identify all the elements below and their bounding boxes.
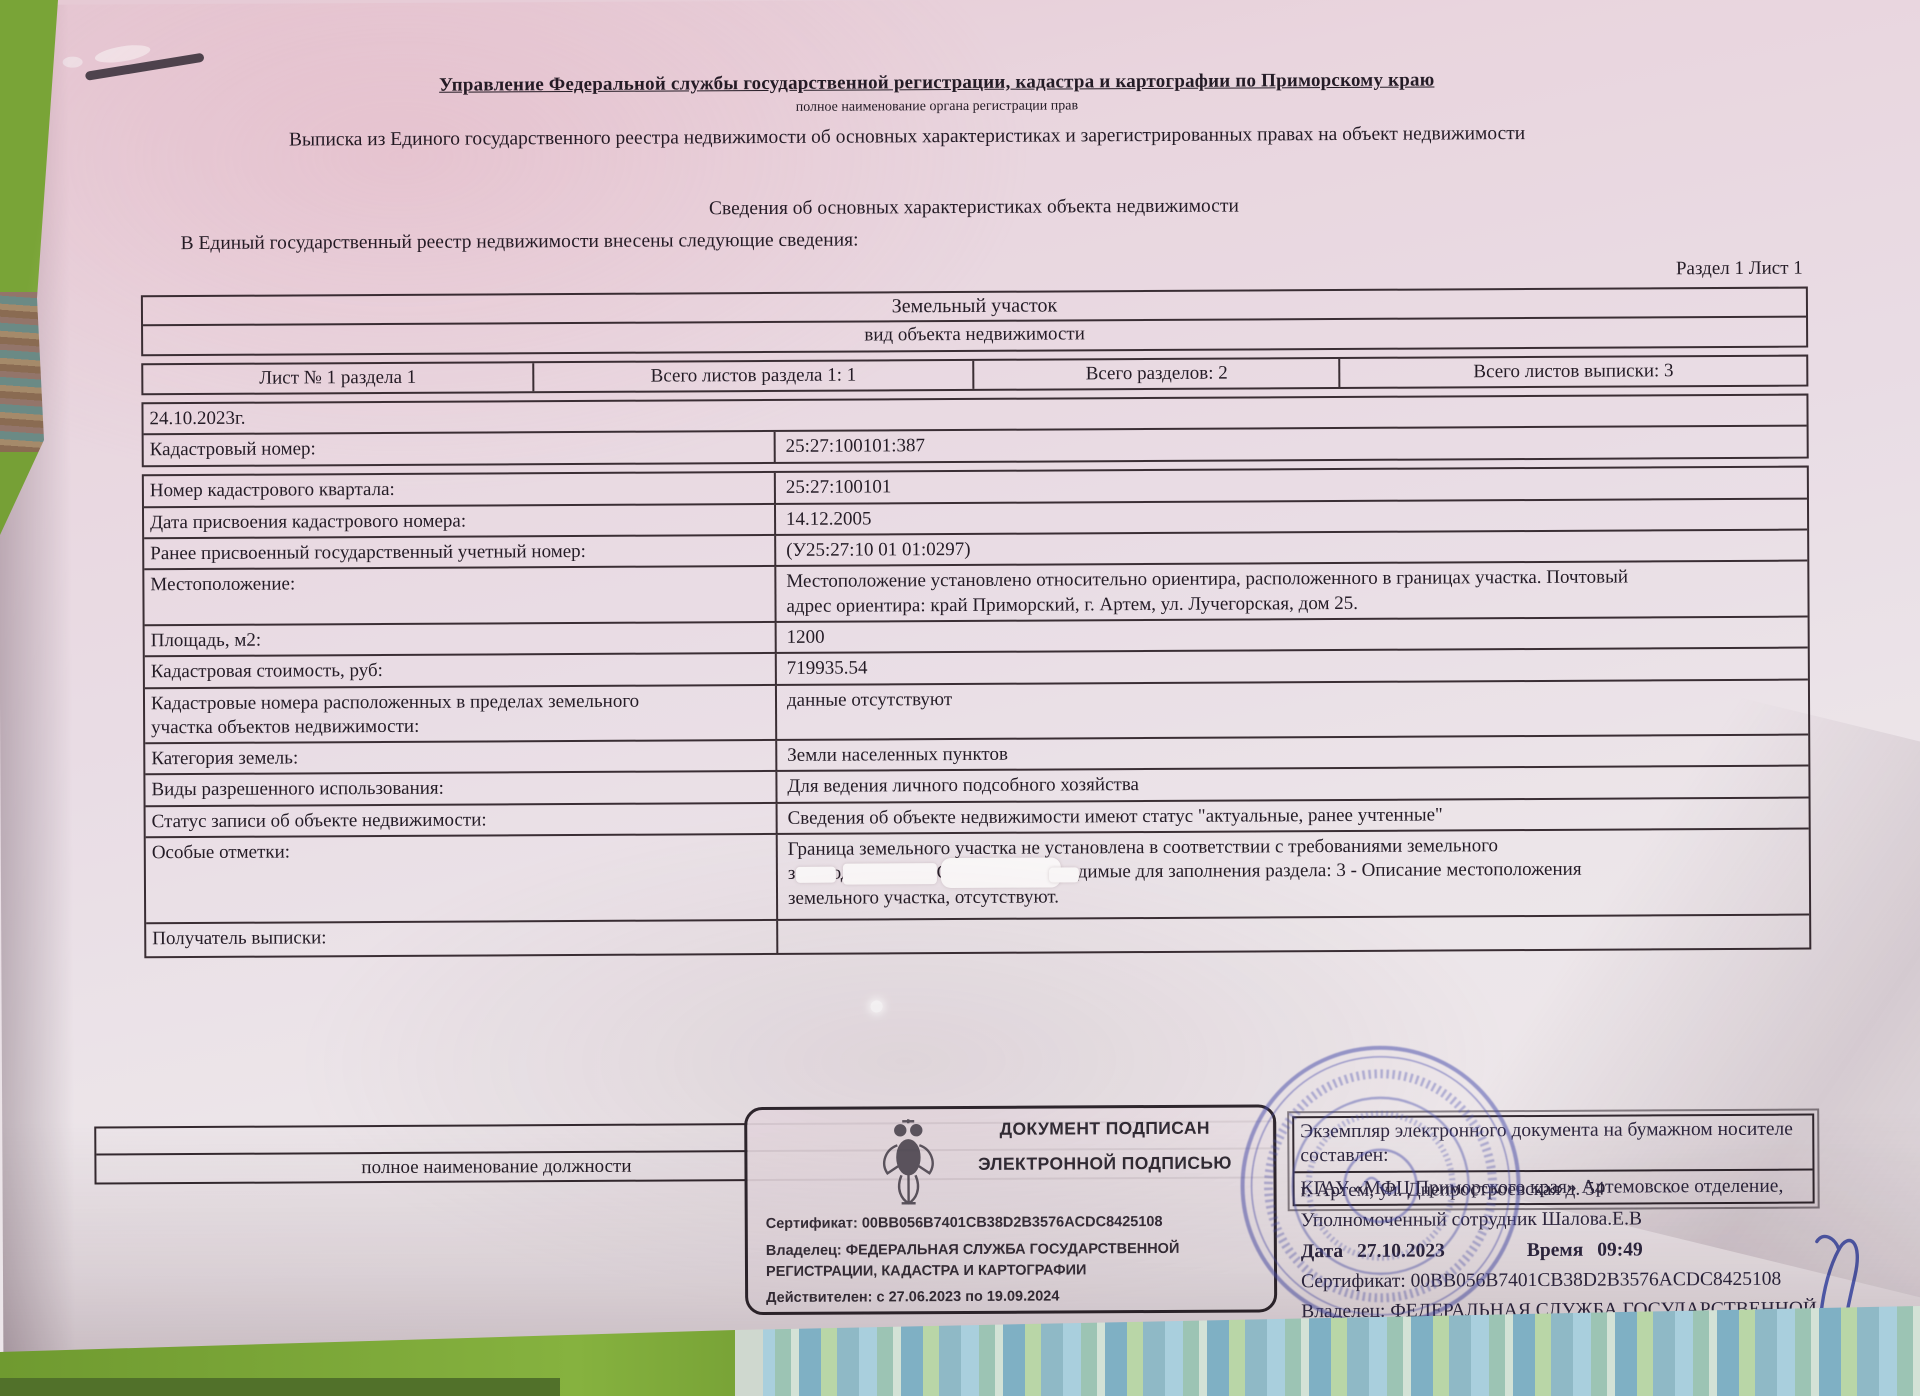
sheet-cell-1: Лист № 1 раздела 1 — [143, 363, 534, 393]
object-kind-section: Земельный участок вид объекта недвижимос… — [141, 287, 1808, 357]
document-title: Выписка из Единого государственного реес… — [227, 123, 1587, 152]
authority-title: Управление Федеральной службы государств… — [417, 69, 1457, 96]
esign-title: ДОКУМЕНТ ПОДПИСАН ЭЛЕКТРОННОЙ ПОДПИСЬЮ — [947, 1117, 1262, 1175]
row-value: данные отсутствуют — [777, 680, 1808, 739]
row-label: Номер кадастрового квартала: — [144, 473, 776, 506]
row-value: 25:27:100101:387 — [776, 427, 1807, 462]
row-label: Местоположение: — [144, 567, 776, 624]
row-value: Сведения об объекте недвижимости имеют с… — [777, 798, 1808, 833]
round-stamp — [1234, 1039, 1528, 1333]
section-sheet-label: Раздел 1 Лист 1 — [1498, 258, 1803, 282]
esign-owner: Владелец: ФЕДЕРАЛЬНАЯ СЛУЖБА ГОСУДАРСТВЕ… — [766, 1239, 1262, 1284]
position-caption: полное наименование должности — [176, 1155, 816, 1180]
esign-title-line2: ЭЛЕКТРОННОЙ ПОДПИСЬЮ — [947, 1152, 1262, 1175]
row-value: 1200 — [777, 617, 1808, 652]
sheets-section: Лист № 1 раздела 1 Всего листов раздела … — [141, 355, 1808, 396]
document-content: Управление Федеральной службы государств… — [0, 0, 1920, 1396]
row-value: 14.12.2005 — [776, 499, 1807, 534]
row-label: Категория земель: — [145, 741, 777, 774]
row-label: Дата присвоения кадастрового номера: — [144, 505, 776, 538]
row-label: Кадастровая стоимость, руб: — [145, 654, 777, 687]
whiteout-redaction — [796, 867, 836, 883]
row-label: Получатель выписки: — [146, 921, 778, 956]
section-title: Сведения об основных характеристиках объ… — [140, 193, 1807, 224]
table-row: Местоположение: Местоположение установле… — [144, 562, 1807, 626]
sheet-cell-2: Всего листов раздела 1: 1 — [534, 361, 975, 391]
sheet-cell-4: Всего листов выписки: 3 — [1341, 357, 1807, 387]
paper-tear-spot — [63, 57, 83, 68]
row-value: 719935.54 — [777, 649, 1808, 684]
coat-of-arms-icon — [877, 1117, 939, 1209]
whiteout-redaction — [941, 857, 1061, 888]
time-label: Время — [1527, 1237, 1583, 1263]
row-label: Статус записи об объекте недвижимости: — [146, 804, 778, 837]
row-value: Земли населенных пунктов — [777, 736, 1808, 771]
shadow-under-paper — [0, 1378, 560, 1396]
whiteout-redaction — [1049, 867, 1079, 882]
row-value: Местоположение установлено относительно … — [776, 562, 1807, 621]
row-value: 25:27:100101 — [776, 468, 1807, 503]
row-value: (У25:27:10 01 01:0297) — [776, 530, 1807, 565]
glare-dot — [871, 1000, 883, 1012]
photo-scene: Управление Федеральной службы государств… — [0, 0, 1920, 1396]
row-value — [778, 916, 1809, 953]
time-value: 09:49 — [1597, 1237, 1643, 1263]
sheet-cell-3: Всего разделов: 2 — [975, 359, 1341, 389]
table-row: Кадастровые номера расположенных в преде… — [145, 680, 1808, 744]
document-paper: Управление Федеральной службы государств… — [0, 0, 1920, 1396]
row-label: Виды разрешенного использования: — [145, 772, 777, 805]
authority-caption: полное наименование органа регистрации п… — [417, 96, 1457, 117]
row-label: Площадь, м2: — [145, 623, 777, 656]
whiteout-redaction — [843, 863, 937, 884]
esign-title-line1: ДОКУМЕНТ ПОДПИСАН — [947, 1117, 1262, 1140]
esign-validity: Действителен: с 27.06.2023 по 19.09.2024 — [766, 1284, 1262, 1312]
date-cadnum-section: 24.10.2023г. Кадастровый номер: 25:27:10… — [141, 394, 1808, 468]
sheets-row: Лист № 1 раздела 1 Всего листов раздела … — [143, 357, 1806, 394]
row-label: Ранее присвоенный государственный учетны… — [144, 536, 776, 569]
esign-box: ДОКУМЕНТ ПОДПИСАН ЭЛЕКТРОННОЙ ПОДПИСЬЮ С… — [744, 1104, 1277, 1315]
row-label: Кадастровый номер: — [144, 432, 776, 465]
row-label: Кадастровые номера расположенных в преде… — [145, 685, 777, 742]
row-label: Особые отметки: — [146, 835, 778, 922]
esign-certificate: Сертификат: 00BB056B7401CB38D2B3576ACDC8… — [766, 1209, 1262, 1237]
esign-cert-block: Сертификат: 00BB056B7401CB38D2B3576ACDC8… — [766, 1209, 1263, 1311]
row-value: Для ведения личного подсобного хозяйства — [777, 767, 1808, 802]
intro-line: В Единый государственный реестр недвижим… — [181, 230, 859, 256]
